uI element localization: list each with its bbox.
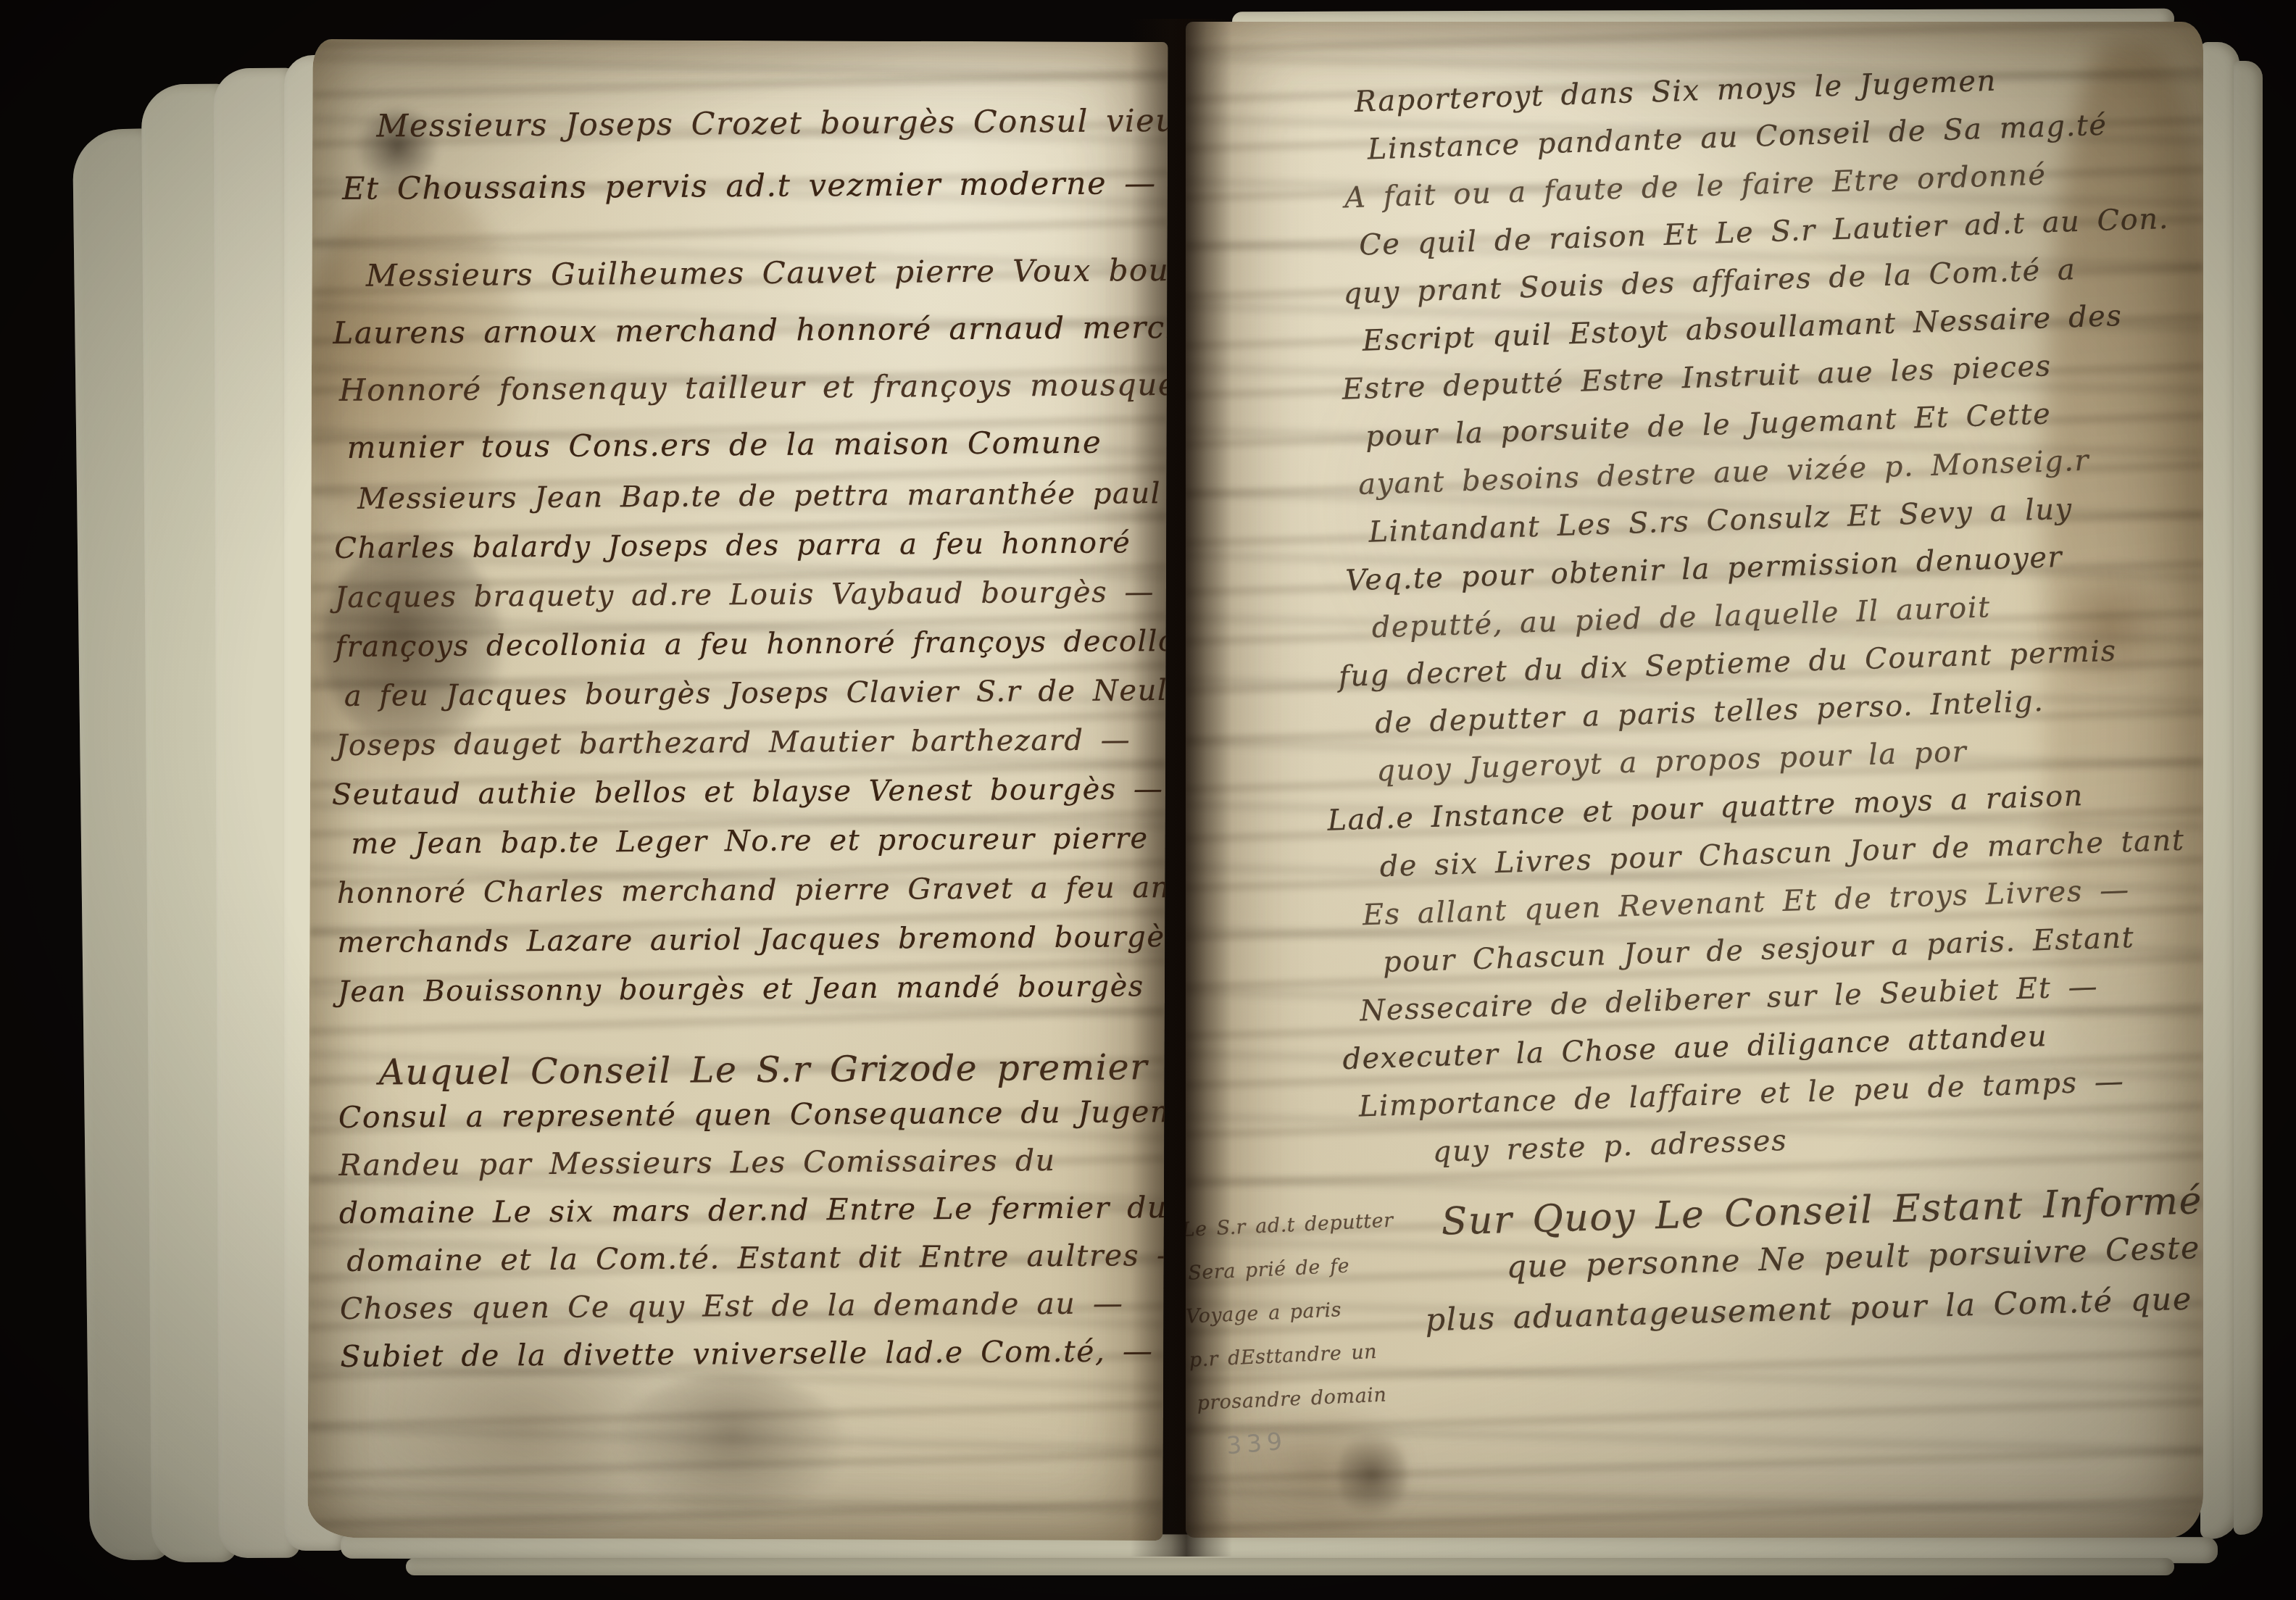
manuscript-line: Jean Bouissonny bourgès et Jean mandé bo…	[338, 969, 1168, 1025]
manuscript-line: Auquel Conseil Le S.r Grizode premier —	[378, 1046, 1168, 1100]
folio-number: 339	[1225, 1426, 1288, 1459]
paragraph: Auquel Conseil Le S.r Grizode premier —C…	[338, 1046, 1168, 1387]
manuscript-line: Messieurs Joseps Crozet bourgès Consul v…	[376, 103, 1168, 171]
manuscript-line: honnoré Charles merchand pierre Gravet a…	[337, 870, 1168, 926]
manuscript-line: Subiet de la divette vniverselle lad.e C…	[340, 1333, 1168, 1387]
manuscript-line: Honnoré fonsenquy tailleur et françoys m…	[339, 366, 1168, 430]
manuscript-line: Et Choussains pervis ad.t vezmier modern…	[342, 165, 1168, 233]
right-page: Raporteroyt dans Six moys le JugemenLins…	[1186, 22, 2203, 1538]
paragraph: Messieurs Joseps Crozet bourgès Consul v…	[331, 103, 1168, 233]
manuscript-line: Randeu par Messieurs Les Comissaires du	[338, 1142, 1168, 1196]
left-page-text: Messieurs Joseps Crozet bourgès Consul v…	[331, 39, 1168, 1532]
manuscript-line: merchands Lazare auriol Jacques bremond …	[337, 920, 1168, 975]
page-edge	[2234, 61, 2263, 1535]
manuscript-line: françoys decollonia a feu honnoré franço…	[335, 624, 1168, 680]
manuscript-line: Charles balardy Joseps des parra a feu h…	[334, 525, 1168, 581]
manuscript-line: Messieurs Guilheumes Cauvet pierre Voux …	[366, 251, 1168, 315]
manuscript-line: Joseps dauget barthezard Mautier barthez…	[336, 722, 1168, 778]
manuscript-line: domaine Le six mars der.nd Entre Le ferm…	[339, 1190, 1168, 1243]
manuscript-line: Jacques braquety ad.re Louis Vaybaud bou…	[335, 575, 1168, 630]
manuscript-line: Consul a representé quen Consequance du …	[338, 1094, 1168, 1148]
manuscript-line: Seutaud authie bellos et blayse Venest b…	[332, 772, 1168, 828]
manuscript-line: Choses quen Ce quy Est de la demande au …	[340, 1286, 1168, 1339]
page-edge	[406, 1558, 2174, 1575]
paragraph: Messieurs Jean Bap.te de pettra maranthé…	[334, 476, 1168, 1025]
margin-note: Le S.r ad.t deputterSera prié de feVoyag…	[1186, 1209, 1402, 1436]
manuscript-photograph: { "document": { "ink_color": "#3a2414", …	[0, 0, 2296, 1600]
manuscript-line: prosandre domain	[1197, 1383, 1402, 1436]
paragraph: Messieurs Guilheumes Cauvet pierre Voux …	[333, 251, 1168, 487]
manuscript-line: me Jean bap.te Leger No.re et procureur …	[351, 821, 1168, 877]
manuscript-line: a feu Jacques bourgès Joseps Clavier S.r…	[344, 673, 1168, 729]
manuscript-line: domaine et la Com.té. Estant dit Entre a…	[346, 1238, 1168, 1291]
manuscript-line: Messieurs Jean Bap.te de pettra maranthé…	[357, 476, 1168, 532]
right-page-text: Raporteroyt dans Six moys le JugemenLins…	[1354, 58, 2203, 1185]
closing-paragraph: Sur Quoy Le Conseil Estant Informé —que …	[1403, 1175, 2203, 1354]
manuscript-line: Laurens arnoux merchand honnoré arnaud m…	[333, 309, 1168, 372]
left-page: Messieurs Joseps Crozet bourgès Consul v…	[307, 39, 1168, 1541]
